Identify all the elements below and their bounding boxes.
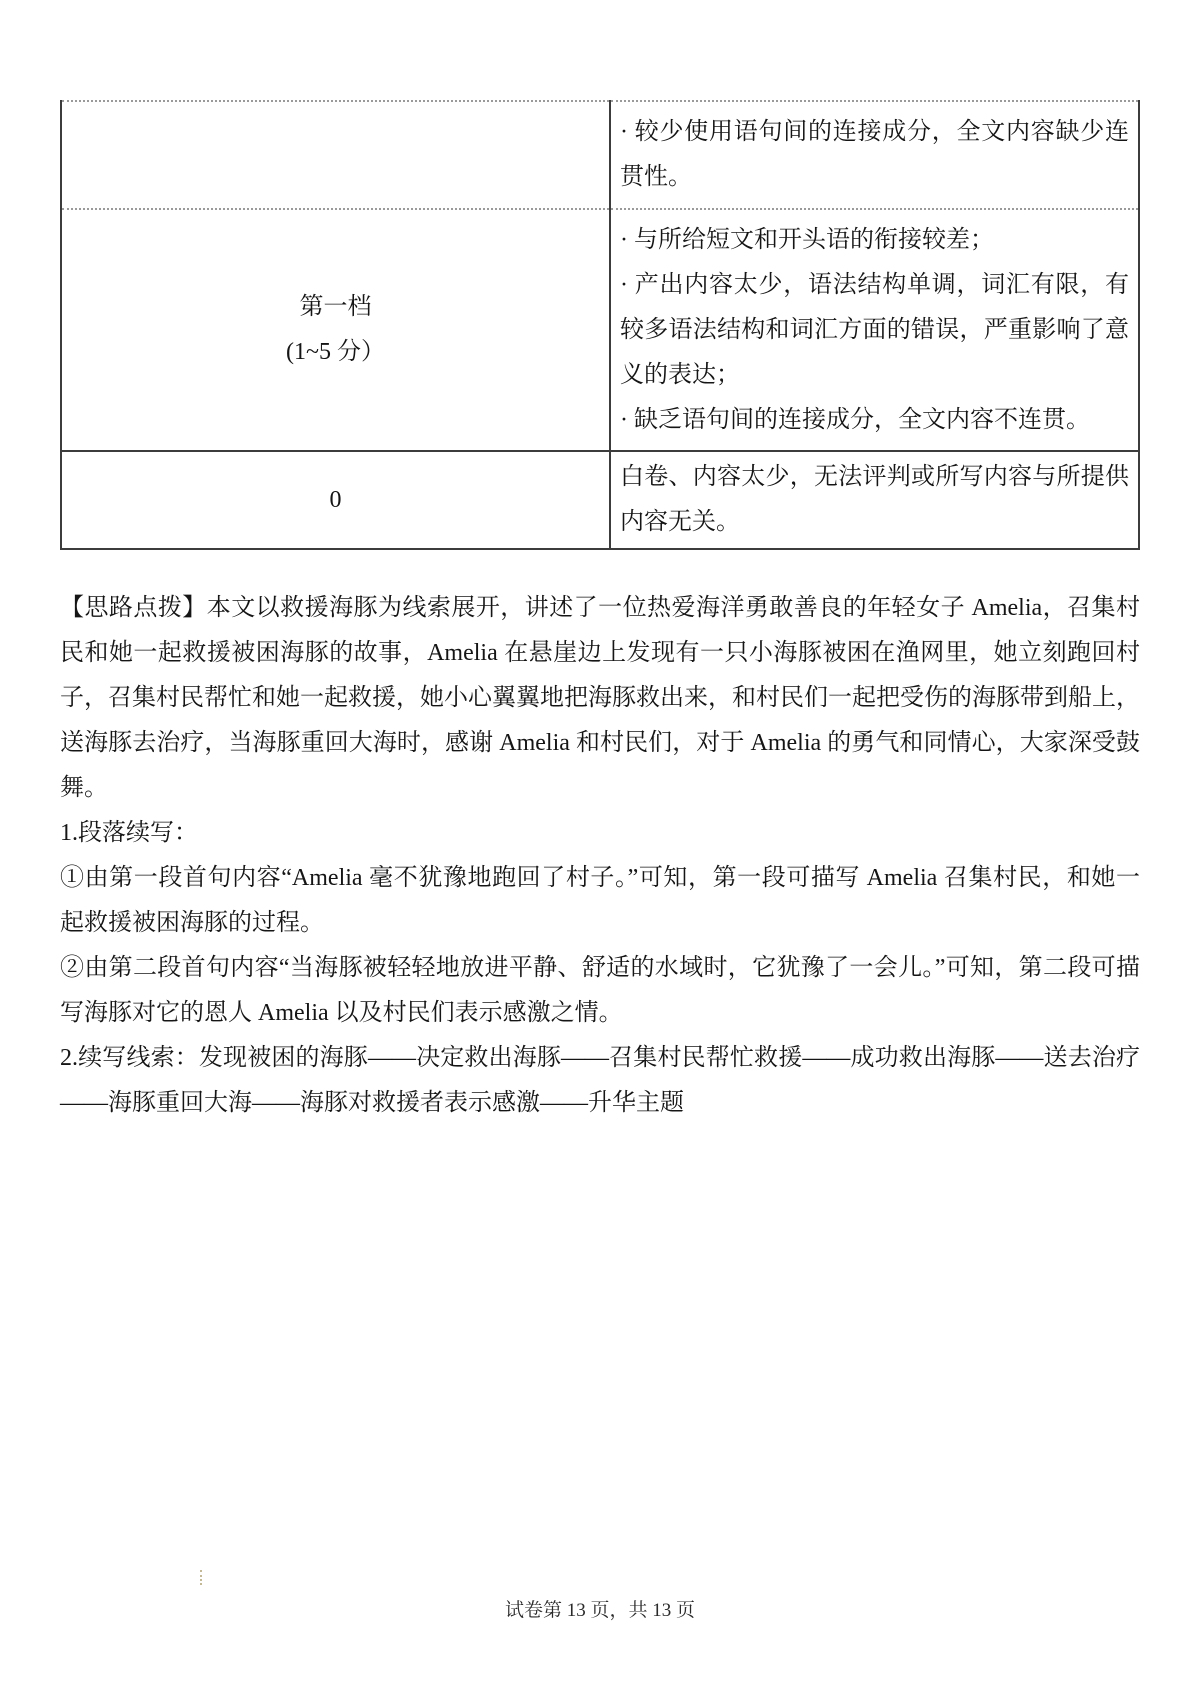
page-content: · 较少使用语句间的连接成分，全文内容缺少连贯性。 第一档 (1~5 分） · …: [60, 100, 1140, 1126]
criteria-item: · 与所给短文和开头语的衔接较差；: [620, 218, 1129, 263]
criteria-cell: · 与所给短文和开头语的衔接较差； · 产出内容太少，语法结构单调，词汇有限，有…: [610, 209, 1139, 451]
exam-answer-page: · 较少使用语句间的连接成分，全文内容缺少连贯性。 第一档 (1~5 分） · …: [0, 0, 1200, 1698]
table-row: 第一档 (1~5 分） · 与所给短文和开头语的衔接较差； · 产出内容太少，语…: [61, 209, 1139, 451]
analysis-point1-paragraph: ①由第一段首句内容“Amelia 毫不犹豫地跑回了村子。”可知，第一段可描写 A…: [60, 856, 1140, 946]
tier-cell: 0: [61, 451, 610, 549]
analysis-section1-heading: 1.段落续写：: [60, 811, 1140, 856]
criteria-item: · 较少使用语句间的连接成分，全文内容缺少连贯性。: [620, 110, 1129, 200]
page-footer: 试卷第 13 页，共 13 页: [0, 1596, 1200, 1626]
tier-cell: [61, 101, 610, 209]
analysis-point2-paragraph: ②由第二段首句内容“当海豚被轻轻地放进平静、舒适的水域时，它犹豫了一会儿。”可知…: [60, 946, 1140, 1036]
tier-score: (1~5 分）: [68, 330, 603, 375]
criteria-item: · 产出内容太少，语法结构单调，词汇有限，有较多语法结构和词汇方面的错误，严重影…: [620, 263, 1129, 398]
criteria-item: 白卷、内容太少，无法评判或所写内容与所提供内容无关。: [620, 455, 1129, 545]
grading-rubric-table: · 较少使用语句间的连接成分，全文内容缺少连贯性。 第一档 (1~5 分） · …: [60, 100, 1140, 550]
tier-label: 第一档: [68, 285, 603, 330]
analysis-section: 【思路点拨】本文以救援海豚为线索展开，讲述了一位热爱海洋勇敢善良的年轻女子 Am…: [60, 586, 1140, 1126]
scan-artifact-mark: [200, 1570, 202, 1585]
table-row: 0 白卷、内容太少，无法评判或所写内容与所提供内容无关。: [61, 451, 1139, 549]
criteria-item: · 缺乏语句间的连接成分，全文内容不连贯。: [620, 398, 1129, 443]
analysis-intro-paragraph: 【思路点拨】本文以救援海豚为线索展开，讲述了一位热爱海洋勇敢善良的年轻女子 Am…: [60, 586, 1140, 811]
tier-label: 0: [68, 478, 603, 523]
analysis-section2-paragraph: 2.续写线索：发现被困的海豚——决定救出海豚——召集村民帮忙救援——成功救出海豚…: [60, 1036, 1140, 1126]
tier-cell: 第一档 (1~5 分）: [61, 209, 610, 451]
criteria-cell: · 较少使用语句间的连接成分，全文内容缺少连贯性。: [610, 101, 1139, 209]
criteria-cell: 白卷、内容太少，无法评判或所写内容与所提供内容无关。: [610, 451, 1139, 549]
table-row: · 较少使用语句间的连接成分，全文内容缺少连贯性。: [61, 101, 1139, 209]
